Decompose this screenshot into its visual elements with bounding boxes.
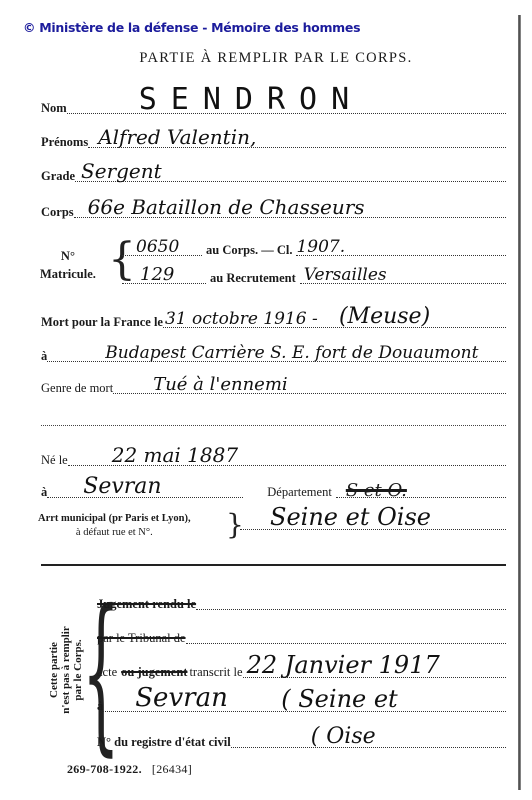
field-prenoms: Prénoms Alfred Valentin, <box>41 126 506 152</box>
field-matricule-corps: 0650 au Corps. — Cl. 1907. <box>122 234 506 260</box>
au-corps-label: au Corps. — Cl. <box>202 243 296 260</box>
transcription-lieu-value: Sevran <box>135 683 228 713</box>
nom-label: Nom <box>41 101 67 118</box>
page-edge <box>518 15 521 790</box>
transcrit-value: 22 Janvier 1917 <box>247 651 440 679</box>
field-corps: Corps 66e Bataillon de Chasseurs <box>41 196 506 222</box>
acte-struck-label: ou jugement <box>121 665 187 682</box>
matricule-label: N° Matricule. <box>40 247 96 283</box>
jugement-label: Jugement rendu le <box>97 597 196 614</box>
field-matricule-recrutement: 129 au Recrutement Versailles <box>122 262 506 288</box>
departement-label: Département <box>243 485 336 502</box>
lieu-naissance-value: Sevran <box>83 474 161 499</box>
corps-value: 66e Bataillon de Chasseurs <box>88 195 365 219</box>
tribunal-label: par le Tribunal de <box>97 631 186 648</box>
field-grade: Grade Sergent <box>41 160 506 186</box>
field-nom: Nom SENDRON <box>41 86 506 118</box>
field-transcription-lieu: à Sevran ( Seine et <box>97 690 506 716</box>
genre-mort-label: Genre de mort <box>41 381 113 398</box>
registre-value: ( Oise <box>311 724 376 749</box>
form-footer: 269-708-1922.[26434] <box>67 762 192 777</box>
departement-struck-value: S et O. <box>346 480 407 501</box>
side-note-line1: Cette partie <box>48 626 60 714</box>
transcrit-label: transcrit le <box>189 665 242 682</box>
prenoms-label: Prénoms <box>41 135 88 152</box>
lieu-mort-label: à <box>41 349 47 366</box>
matricule-no: N° <box>40 247 96 265</box>
form-title: PARTIE À REMPLIR PAR LE CORPS. <box>0 50 532 67</box>
grade-value: Sergent <box>81 159 162 183</box>
mort-label: Mort pour la France le <box>41 315 163 332</box>
field-genre-mort: Genre de mort Tué à l'ennemi <box>41 372 506 398</box>
recrutement-place-value: Versailles <box>304 265 387 285</box>
grade-label: Grade <box>41 169 75 186</box>
corps-label: Corps <box>41 205 74 222</box>
genre-mort-value: Tué à l'ennemi <box>153 374 287 395</box>
matricule-word: Matricule. <box>40 265 96 283</box>
field-lieu-mort: à Budapest Carrière S. E. fort de Douaum… <box>41 340 506 366</box>
mort-region-value: (Meuse) <box>339 304 430 329</box>
side-note-line2: n'est pas à remplir <box>60 626 72 714</box>
naissance-label: Né le <box>41 453 68 470</box>
field-jugement: Jugement rendu le <box>97 588 506 614</box>
footer-code: 269-708-1922. <box>67 762 142 776</box>
field-naissance: Né le 22 mai 1887 <box>41 444 506 470</box>
section-separator <box>41 425 506 426</box>
field-mort: Mort pour la France le 31 octobre 1916 -… <box>41 306 506 332</box>
field-registre: N° du registre d'état civil ( Oise <box>97 726 506 752</box>
arrondissement-value: Seine et Oise <box>270 503 431 531</box>
naissance-value: 22 mai 1887 <box>112 443 238 467</box>
field-arrondissement: Seine et Oise <box>240 508 506 534</box>
classe-value: 1907. <box>296 237 345 257</box>
prenoms-value: Alfred Valentin, <box>98 125 256 149</box>
au-recrutement-label: au Recrutement <box>206 271 300 288</box>
mort-date-value: 31 octobre 1916 - <box>165 309 318 329</box>
field-tribunal: par le Tribunal de <box>97 622 506 648</box>
registre-label: N° du registre d'état civil <box>97 735 231 752</box>
acte-label: acte <box>97 665 117 682</box>
arrondissement-label-line1: Arrt municipal (pr Paris et Lyon), <box>38 512 191 526</box>
arrondissement-label-line2: à défaut rue et N°. <box>38 526 191 540</box>
section-divider <box>41 564 506 566</box>
arrondissement-label: Arrt municipal (pr Paris et Lyon), à déf… <box>38 512 191 540</box>
transcription-lieu-extra: ( Seine et <box>281 685 397 713</box>
field-acte: acte ou jugement transcrit le 22 Janvier… <box>97 656 506 682</box>
nom-value: SENDRON <box>139 82 363 117</box>
lieu-naissance-label: à <box>41 485 47 502</box>
lieu-mort-value: Budapest Carrière S. E. fort de Douaumon… <box>105 343 478 363</box>
transcription-lieu-label: à <box>97 699 103 716</box>
matricule-recrutement-value: 129 <box>140 264 174 285</box>
matricule-corps-value: 0650 <box>136 237 179 257</box>
footer-ref: [26434] <box>152 762 192 776</box>
copyright-watermark: © Ministère de la défense - Mémoire des … <box>23 20 360 35</box>
field-lieu-naissance: à Sevran Département S et O. <box>41 476 506 502</box>
